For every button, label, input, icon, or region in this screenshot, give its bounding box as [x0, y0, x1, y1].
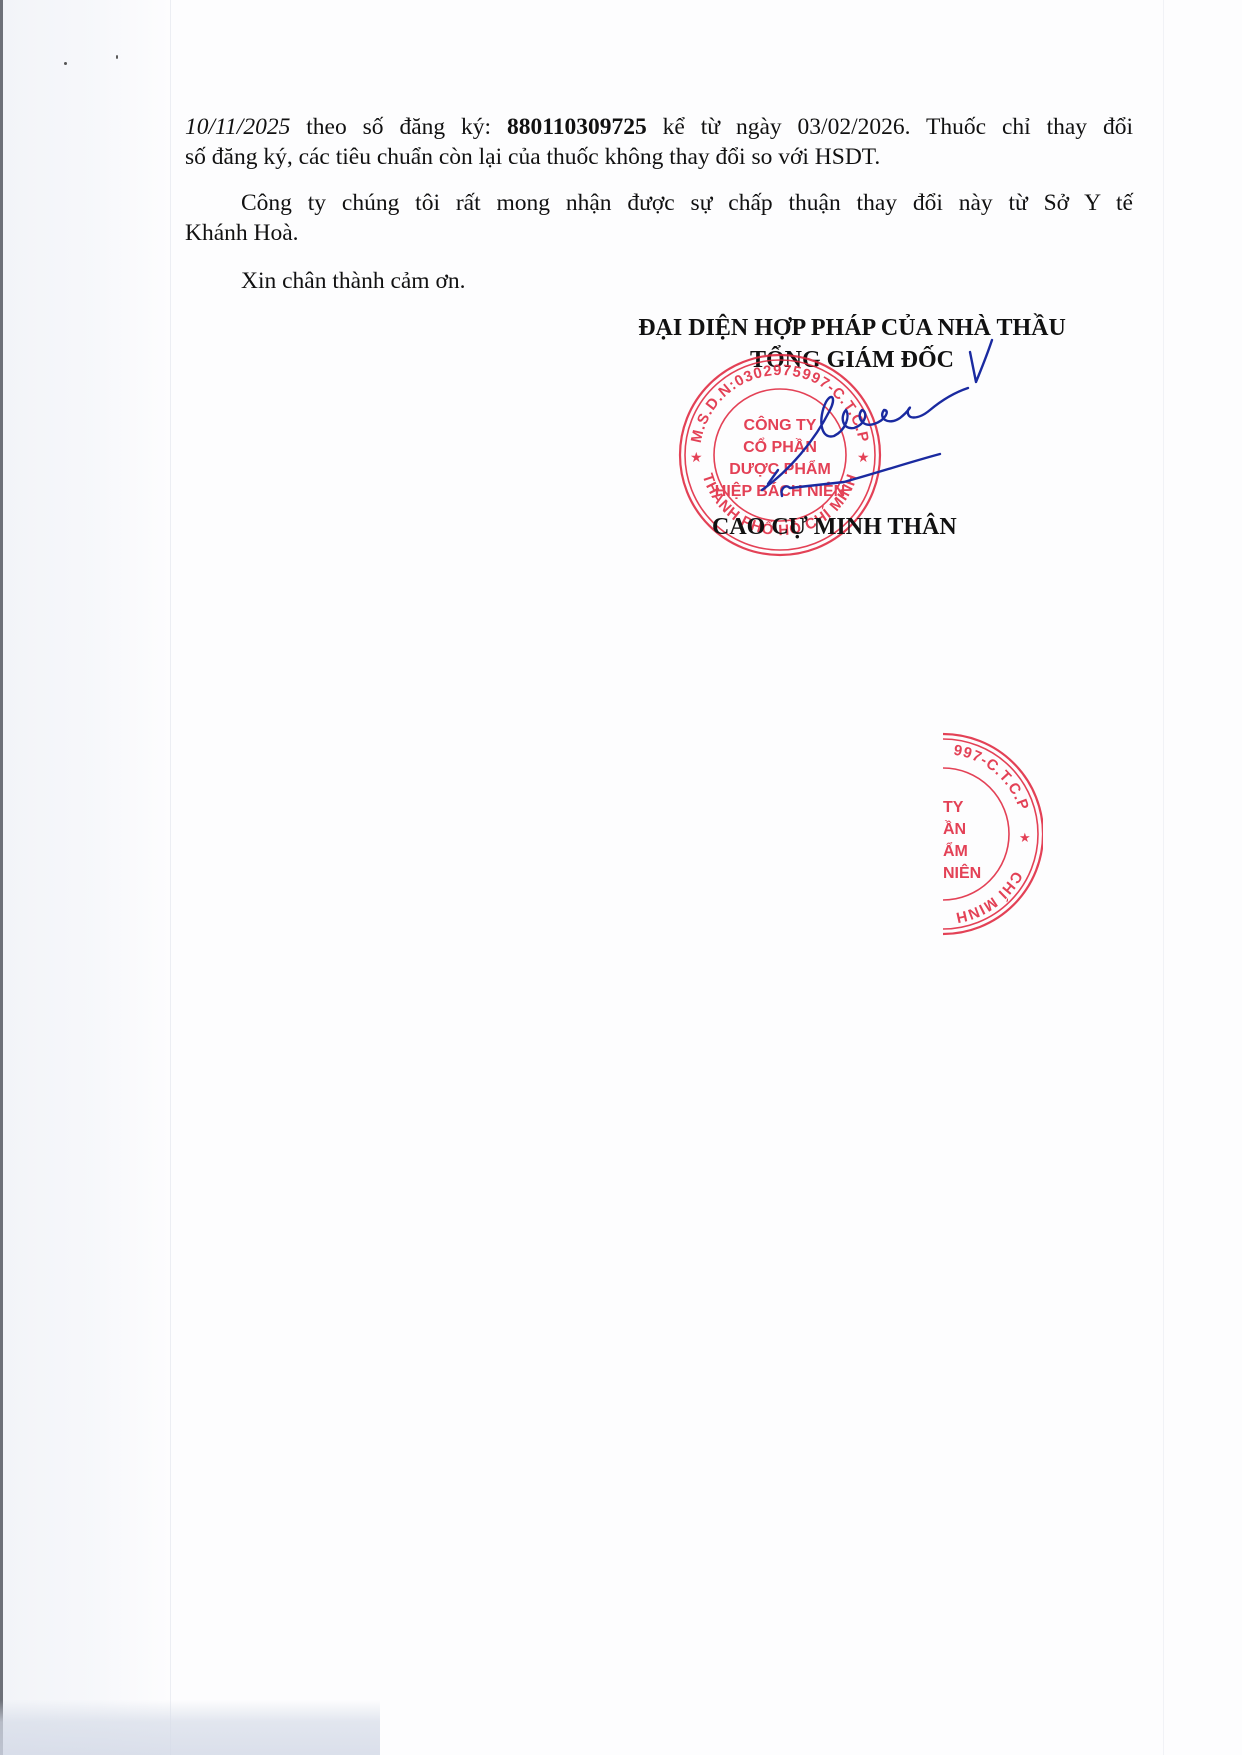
scan-artifact-line-right: [1163, 0, 1164, 1755]
handwritten-signature: [0, 0, 1242, 600]
body-text: theo số đăng ký:: [290, 114, 507, 140]
svg-text:★: ★: [857, 449, 870, 465]
paragraph-line: Công ty chúng tôi rất mong nhận được sự …: [185, 188, 1133, 218]
paragraph-request: Công ty chúng tôi rất mong nhận được sự …: [185, 188, 1133, 248]
svg-text:NIÊN: NIÊN: [943, 863, 981, 882]
svg-text:CỔ PHẦN: CỔ PHẦN: [743, 437, 817, 456]
paragraph-registration: 10/11/2025 theo số đăng ký: 880110309725…: [185, 112, 1133, 172]
svg-text:DƯỢC PHẨM: DƯỢC PHẨM: [729, 459, 831, 478]
paragraph-line: 10/11/2025 theo số đăng ký: 880110309725…: [185, 112, 1133, 142]
svg-text:ẦN: ẦN: [943, 819, 966, 838]
scan-speck: [116, 55, 118, 59]
svg-text:HIỆP BÁCH NIÊN: HIỆP BÁCH NIÊN: [715, 481, 845, 500]
paragraph-line: Khánh Hoà.: [185, 218, 1133, 248]
scan-smudge: [0, 1700, 380, 1755]
date-text: 10/11/2025: [185, 114, 290, 140]
paragraph-line: số đăng ký, các tiêu chuẩn còn lại của t…: [185, 142, 1133, 172]
signer-name: CAO CỰ MINH THÂN: [712, 514, 957, 541]
svg-text:★: ★: [1019, 830, 1031, 845]
closing-text: Xin chân thành cảm ơn.: [185, 266, 1133, 296]
svg-text:ẨM: ẨM: [943, 841, 968, 860]
scan-artifact-line: [170, 0, 171, 1755]
svg-text:CÔNG TY: CÔNG TY: [744, 415, 817, 434]
closing-paragraph: Xin chân thành cảm ơn.: [185, 266, 1133, 296]
scan-edge: [0, 0, 3, 1755]
body-text: kể từ ngày 03/02/2026. Thuốc chỉ thay đổ…: [647, 114, 1133, 140]
seam-stamp: 997-C.T.C.P CHÍ MINH ★ TY ẦN ẨM NIÊN: [943, 732, 1043, 937]
scan-speck: [64, 62, 67, 65]
svg-text:★: ★: [690, 449, 703, 465]
scan-margin-shading: [0, 0, 170, 1755]
svg-text:TY: TY: [943, 799, 964, 816]
representative-title: ĐẠI DIỆN HỢP PHÁP CỦA NHÀ THẦU: [607, 312, 1097, 344]
registration-number: 880110309725: [507, 114, 647, 140]
